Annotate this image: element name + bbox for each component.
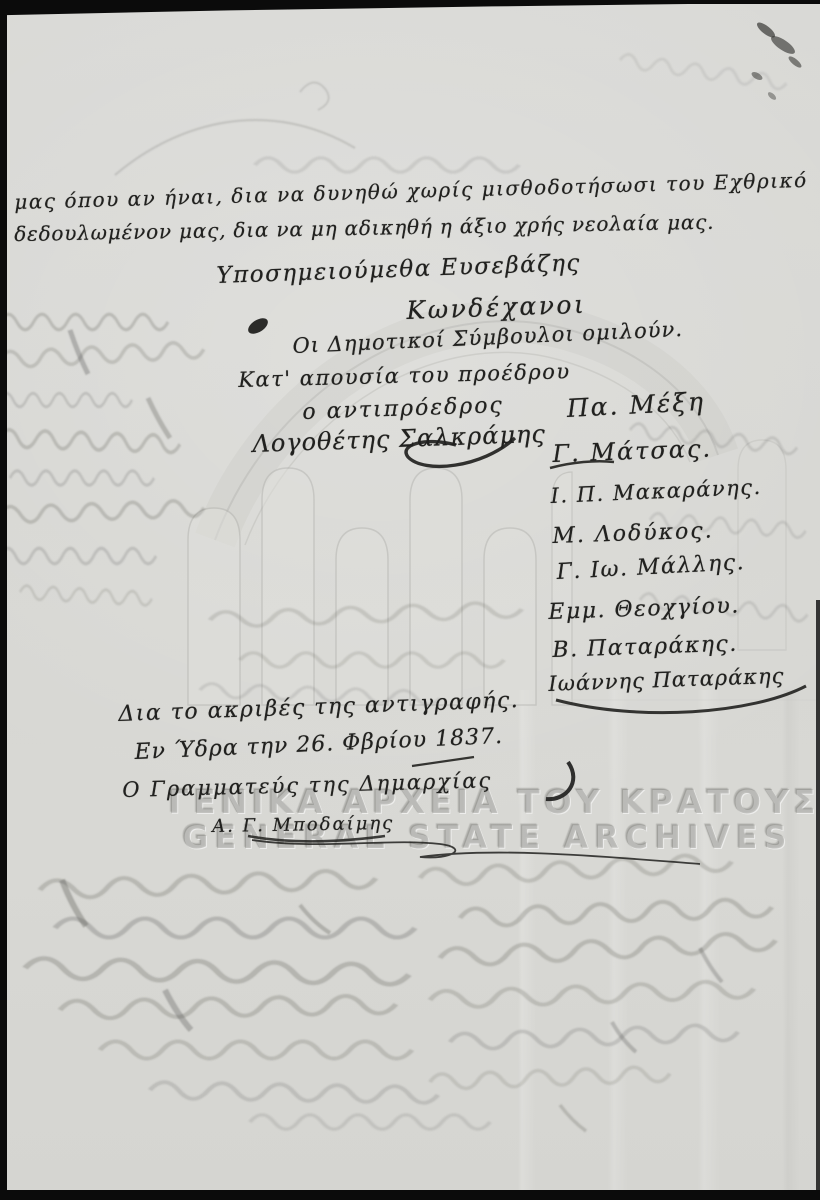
ink-flourishes [245, 20, 806, 864]
scan-border-left [0, 0, 7, 1200]
scan-border-right [816, 600, 820, 1200]
scan-border-bottom [0, 1190, 820, 1200]
ink-flourish-layer [0, 0, 820, 1200]
scanned-manuscript-page: ΓΕΝΙΚΑ ΑΡΧΕΙΑ ΤΟΥ ΚΡΑΤΟΥΣ GENERAL STATE … [0, 0, 820, 1200]
pencil-smudges [750, 20, 803, 101]
